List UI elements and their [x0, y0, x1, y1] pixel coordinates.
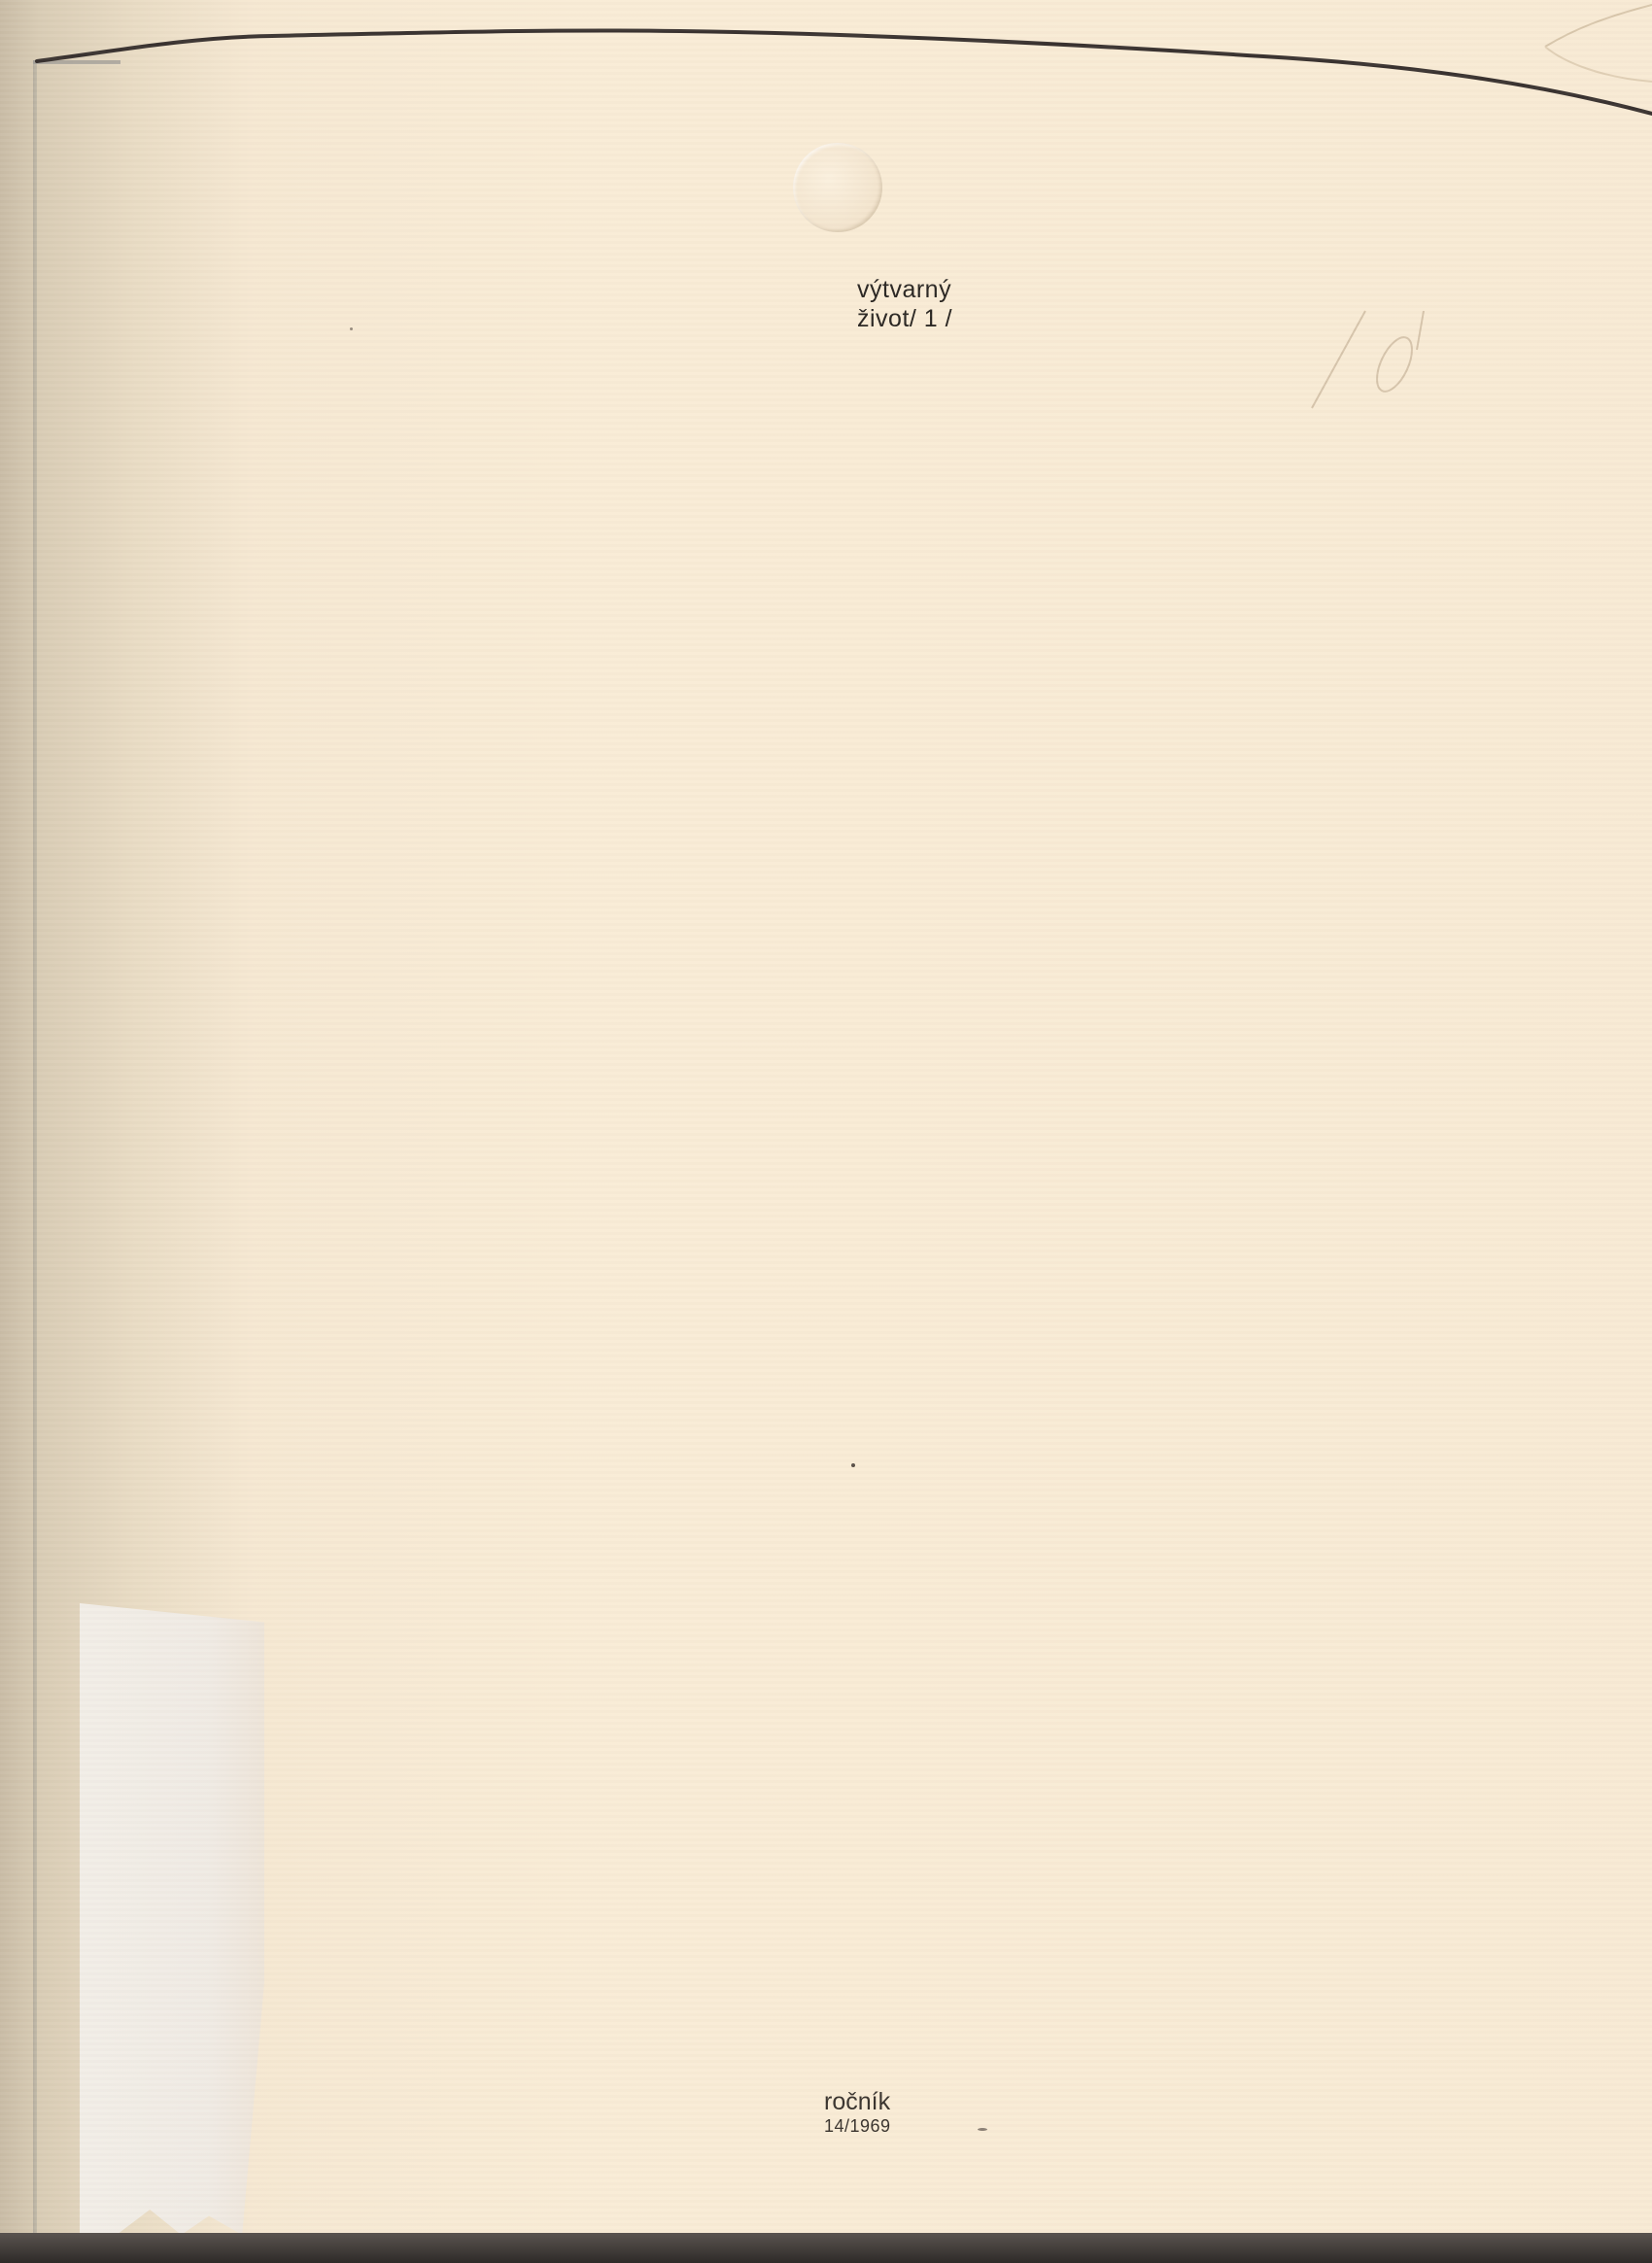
volume-label: ročník [824, 2088, 891, 2115]
corner-crease [1487, 0, 1652, 97]
scanner-bottom-edge [0, 2233, 1652, 2263]
adhesive-tape-strip [80, 1603, 264, 2235]
title-word-zivot: život [857, 305, 910, 332]
page-fold-shadow [33, 60, 37, 2237]
paper-speck [350, 327, 353, 330]
paper-speck [978, 2128, 987, 2131]
issue-marker: / 1 / [910, 305, 952, 332]
title-line-2: život/ 1 / [857, 304, 952, 333]
hand-drawn-curve [0, 0, 1652, 155]
paper-speck [851, 1463, 855, 1467]
scanned-page: výtvarný život/ 1 / ročník 14/1969 [0, 0, 1652, 2235]
title-line-1: výtvarný [857, 275, 952, 304]
volume-year: 14/1969 [824, 2115, 891, 2137]
volume-info: ročník 14/1969 [824, 2088, 891, 2137]
embossed-stamp-icon [793, 143, 882, 232]
pencil-annotation-icon [1292, 291, 1428, 447]
magazine-title: výtvarný život/ 1 / [857, 275, 952, 333]
